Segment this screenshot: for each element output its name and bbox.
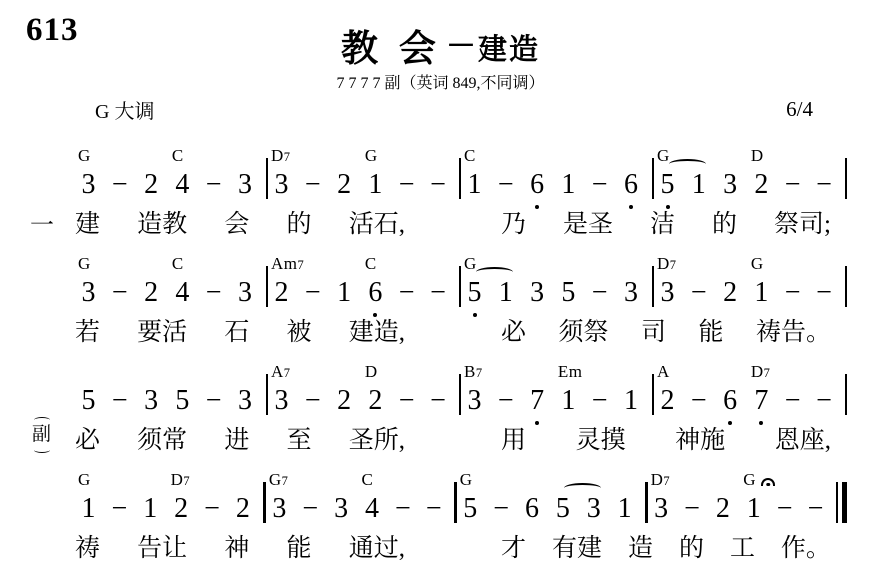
note-cell: G73 xyxy=(271,491,288,525)
measure: G1−1D72−2 xyxy=(75,491,263,525)
lyric-token: 通过, xyxy=(349,532,405,568)
chord-label: Am7 xyxy=(271,254,304,274)
note-cell: 6 xyxy=(524,491,541,525)
note-number: 1 xyxy=(561,169,575,201)
note-number: − xyxy=(305,169,321,201)
measure: A2−6D77−− xyxy=(654,383,845,417)
note-number: 1 xyxy=(143,493,157,525)
note-number: − xyxy=(430,385,446,417)
chord-label: G xyxy=(464,254,477,274)
note-number: − xyxy=(112,277,128,309)
lyric-token: 的 xyxy=(287,208,312,244)
lyric-phrase: 建造教会的活石, xyxy=(75,208,461,244)
note-cell: 5 xyxy=(174,383,191,417)
measure: C1−61−6 xyxy=(461,167,652,201)
note-number: 5 xyxy=(175,385,189,417)
note-number: 2 xyxy=(174,493,188,525)
notation-row: G1−1D72−2G73−3C4−−G5−6531D73−2G1−− xyxy=(0,467,881,525)
note-cell: 3 xyxy=(529,275,546,309)
note-cell: − xyxy=(429,167,446,201)
note-number: − xyxy=(399,277,415,309)
note-cell: − xyxy=(690,383,707,417)
note-cell: 1 xyxy=(622,383,639,417)
note-cell: 2 xyxy=(336,167,353,201)
chord-char: D xyxy=(171,470,184,489)
chord-char: G xyxy=(78,470,91,489)
note-number: 2 xyxy=(723,277,737,309)
note-number: 3 xyxy=(624,277,638,309)
measure: G513D2−− xyxy=(654,167,845,201)
note-number: − xyxy=(399,385,415,417)
chord-char: C xyxy=(464,146,476,165)
note-cell: − xyxy=(690,275,707,309)
chord-label: G xyxy=(78,146,91,166)
note-cell: 1 xyxy=(560,167,577,201)
note-number: − xyxy=(498,385,514,417)
note-cell: 5 xyxy=(80,383,97,417)
note-number: 6 xyxy=(624,169,638,201)
chord-char: G xyxy=(657,146,670,165)
final-barline xyxy=(836,482,847,523)
note-number: 5 xyxy=(463,493,477,525)
measure: Am72−1C6−− xyxy=(268,275,459,309)
chord-char: D xyxy=(651,470,664,489)
chord-label: G xyxy=(460,470,473,490)
lyric-token: 建 xyxy=(75,208,100,244)
note-number: 1 xyxy=(624,385,638,417)
chord-char: 7 xyxy=(298,258,305,272)
note-number: 2 xyxy=(368,385,382,417)
note-cell: D2 xyxy=(753,167,770,201)
note-number: 2 xyxy=(716,493,730,525)
note-number: 3 xyxy=(144,385,158,417)
notation-row: G3−2C4−3D73−2G1−−C1−61−6G513D2−− xyxy=(0,143,881,201)
chord-label: G7 xyxy=(269,470,289,490)
lyric-phrase: 必须常进至圣所, xyxy=(75,424,461,460)
note-cell: − xyxy=(497,383,514,417)
note-cell: 3 xyxy=(143,383,160,417)
chord-char: m xyxy=(569,362,583,381)
measure: 5−35−3 xyxy=(75,383,266,417)
note-cell: 3 xyxy=(236,167,253,201)
note-number: − xyxy=(816,277,832,309)
note-number: 3 xyxy=(82,277,96,309)
chord-char: 7 xyxy=(476,366,483,380)
note-cell: 3 xyxy=(585,491,602,525)
note-number: − xyxy=(785,277,801,309)
chord-char: G xyxy=(464,254,477,273)
chord-label: C xyxy=(464,146,476,166)
chord-label: G xyxy=(365,146,378,166)
note-number: 2 xyxy=(661,385,675,417)
note-cell: − xyxy=(304,383,321,417)
note-cell: − xyxy=(398,167,415,201)
lyric-token: 被 xyxy=(287,316,312,352)
note-cell: − xyxy=(204,491,221,525)
note-number: − xyxy=(684,493,700,525)
note-cell: Em1 xyxy=(560,383,577,417)
note-number: 3 xyxy=(587,493,601,525)
chord-char: D xyxy=(271,146,284,165)
lyrics-row: 若要活石被建造,必须祭司能祷告。 xyxy=(0,316,881,352)
note-cell: G3 xyxy=(80,167,97,201)
note-number: 6 xyxy=(368,277,382,309)
chord-char: G xyxy=(365,146,378,165)
note-cell: − xyxy=(111,275,128,309)
note-number: 3 xyxy=(275,169,289,201)
note-cell: − xyxy=(429,275,446,309)
barline xyxy=(845,158,848,199)
lyric-token: 会 xyxy=(224,208,249,244)
lyric-token: 才 xyxy=(501,532,526,568)
lyric-token: 乃 xyxy=(501,208,526,244)
note-cell: 3 xyxy=(622,275,639,309)
note-cell: G1 xyxy=(745,491,762,525)
lyric-token: 造教 xyxy=(137,208,187,244)
chord-label: A xyxy=(657,362,670,382)
note-number: − xyxy=(395,493,411,525)
note-cell: G5 xyxy=(659,167,676,201)
note-cell: − xyxy=(111,383,128,417)
chord-label: G xyxy=(657,146,670,166)
chord-label: Em xyxy=(558,362,583,382)
chord-char: A xyxy=(271,254,284,273)
measure: B73−7Em1−1 xyxy=(461,383,652,417)
note-cell: 2 xyxy=(714,491,731,525)
lyric-token: 的 xyxy=(712,208,737,244)
chord-char: D xyxy=(365,362,378,381)
note-cell: 6 xyxy=(622,167,639,201)
lyric-token: 须祭 xyxy=(558,316,608,352)
time-signature: 6/4 xyxy=(786,97,813,122)
note-number: − xyxy=(112,169,128,201)
music-system: G3−2C4−3D73−2G1−−C1−61−6G513D2−−一建造教会的活石… xyxy=(0,143,881,244)
chord-char: A xyxy=(657,362,670,381)
note-cell: − xyxy=(205,275,222,309)
measure: G5−6531 xyxy=(457,491,645,525)
chord-label: C xyxy=(365,254,377,274)
note-number: − xyxy=(808,493,824,525)
note-number: − xyxy=(592,169,608,201)
note-cell: 3 xyxy=(722,167,739,201)
chord-char: G xyxy=(460,470,473,489)
lyric-token: 灵摸 xyxy=(576,424,626,460)
note-number: 1 xyxy=(499,277,513,309)
note-number: 7 xyxy=(754,385,768,417)
note-number: − xyxy=(206,277,222,309)
note-number: 2 xyxy=(754,169,768,201)
chord-char: C xyxy=(172,146,184,165)
lyric-token: 祭司; xyxy=(774,208,831,244)
note-cell: − xyxy=(111,167,128,201)
note-cell: − xyxy=(205,383,222,417)
note-cell: 7 xyxy=(529,383,546,417)
lyric-token: 必 xyxy=(501,316,526,352)
note-number: − xyxy=(691,385,707,417)
note-number: − xyxy=(785,169,801,201)
note-cell: − xyxy=(398,275,415,309)
note-number: 1 xyxy=(754,277,768,309)
note-cell: C4 xyxy=(364,491,381,525)
note-cell: − xyxy=(304,275,321,309)
note-number: 3 xyxy=(530,277,544,309)
lyric-token: 至 xyxy=(287,424,312,460)
note-number: − xyxy=(592,277,608,309)
chord-char: 7 xyxy=(670,258,677,272)
chord-char: 7 xyxy=(764,366,771,380)
lyric-token: 活石, xyxy=(349,208,405,244)
title-main: 教 会 xyxy=(341,27,440,70)
note-cell: − xyxy=(497,167,514,201)
lyric-token: 圣所, xyxy=(349,424,405,460)
lyric-token: 告让 xyxy=(137,532,187,568)
note-cell: 2 xyxy=(143,275,160,309)
note-number: − xyxy=(204,493,220,525)
chord-char: C xyxy=(362,470,374,489)
verse-mark-refrain: 副 xyxy=(32,417,51,453)
note-cell: D73 xyxy=(273,167,290,201)
note-number: 5 xyxy=(556,493,570,525)
note-number: − xyxy=(493,493,509,525)
note-number: 1 xyxy=(337,277,351,309)
note-number: 2 xyxy=(337,385,351,417)
lyric-token: 石 xyxy=(224,316,249,352)
chord-label: G xyxy=(743,470,775,490)
note-number: 6 xyxy=(530,169,544,201)
chord-label: C xyxy=(172,254,184,274)
lyric-token: 工 xyxy=(730,532,755,568)
chord-label: G xyxy=(751,254,764,274)
note-cell: − xyxy=(111,491,128,525)
note-cell: − xyxy=(684,491,701,525)
chord-label: D7 xyxy=(751,362,771,382)
lyric-token: 的 xyxy=(679,532,704,568)
chord-char: D xyxy=(751,362,764,381)
lyric-token: 能 xyxy=(698,316,723,352)
note-number: − xyxy=(777,493,793,525)
note-number: 5 xyxy=(82,385,96,417)
music-system: 5−35−3A73−2D2−−B73−7Em1−1A2−6D77−−副必须常进至… xyxy=(0,359,881,460)
chord-char: B xyxy=(464,362,476,381)
lyric-token: 必 xyxy=(75,424,100,460)
lyric-token: 须常 xyxy=(137,424,187,460)
note-cell: D73 xyxy=(659,275,676,309)
note-number: 7 xyxy=(530,385,544,417)
note-cell: − xyxy=(394,491,411,525)
lyrics-row: 副必须常进至圣所,用灵摸神施恩座, xyxy=(0,424,881,460)
chord-label: D7 xyxy=(657,254,677,274)
chord-label: C xyxy=(362,470,374,490)
note-number: 4 xyxy=(365,493,379,525)
note-number: − xyxy=(305,385,321,417)
note-number: 2 xyxy=(275,277,289,309)
note-number: 3 xyxy=(272,493,286,525)
note-number: 3 xyxy=(238,169,252,201)
barline xyxy=(845,266,848,307)
note-number: − xyxy=(305,277,321,309)
lyric-token: 是圣 xyxy=(563,208,613,244)
note-cell: D77 xyxy=(753,383,770,417)
note-cell: Am72 xyxy=(273,275,290,309)
bracket-top-icon xyxy=(34,417,50,423)
note-cell: 2 xyxy=(336,383,353,417)
chord-char: 7 xyxy=(284,366,291,380)
lyric-token: 祷告。 xyxy=(756,316,831,352)
hymn-title: 教 会－建造 xyxy=(0,8,881,58)
chord-label: B7 xyxy=(464,362,483,382)
lyric-token: 造 xyxy=(628,532,653,568)
lyric-phrase: 必须祭司能祷告。 xyxy=(461,316,853,352)
note-cell: − xyxy=(776,491,793,525)
notation-row: G3−2C4−3Am72−1C6−−G5135−3D73−2G1−− xyxy=(0,251,881,309)
chord-char: C xyxy=(172,254,184,273)
note-cell: 2 xyxy=(722,275,739,309)
note-number: 3 xyxy=(654,493,668,525)
note-number: 2 xyxy=(144,277,158,309)
note-number: − xyxy=(111,493,127,525)
note-number: 5 xyxy=(661,169,675,201)
chord-char: E xyxy=(558,362,569,381)
lyric-token: 进 xyxy=(224,424,249,460)
lyric-token: 作。 xyxy=(781,532,831,568)
measure: G3−2C4−3 xyxy=(75,275,266,309)
music-system: G1−1D72−2G73−3C4−−G5−6531D73−2G1−−祷告让神能通… xyxy=(0,467,881,568)
lyric-phrase: 若要活石被建造, xyxy=(75,316,461,352)
note-number: − xyxy=(498,169,514,201)
note-number: 3 xyxy=(238,385,252,417)
lyric-token: 祷 xyxy=(75,532,100,568)
note-cell: − xyxy=(784,167,801,201)
chord-label: A7 xyxy=(271,362,291,382)
note-cell: − xyxy=(815,383,832,417)
chord-char: 7 xyxy=(183,474,190,488)
note-number: 5 xyxy=(468,277,482,309)
chord-label: G xyxy=(78,254,91,274)
note-number: 6 xyxy=(723,385,737,417)
note-cell: − xyxy=(815,275,832,309)
lyrics-row: 祷告让神能通过,才有建造的工作。 xyxy=(0,532,881,568)
note-cell: G5 xyxy=(466,275,483,309)
note-number: − xyxy=(206,169,222,201)
chord-char: G xyxy=(751,254,764,273)
note-cell: G1 xyxy=(80,491,97,525)
chord-char: C xyxy=(365,254,377,273)
note-number: 2 xyxy=(144,169,158,201)
lyric-token: 恩座, xyxy=(775,424,831,460)
note-cell: − xyxy=(815,167,832,201)
music-systems: G3−2C4−3D73−2G1−−C1−61−6G513D2−−一建造教会的活石… xyxy=(0,143,881,568)
chord-char: 7 xyxy=(284,150,291,164)
note-cell: 1 xyxy=(336,275,353,309)
note-cell: C4 xyxy=(174,167,191,201)
lyric-phrase: 用灵摸神施恩座, xyxy=(461,424,853,460)
measure: G73−3C4−− xyxy=(266,491,454,525)
lyric-phrase: 才有建造的工作。 xyxy=(461,532,853,568)
note-cell: 6 xyxy=(529,167,546,201)
note-cell: − xyxy=(591,383,608,417)
note-cell: 2 xyxy=(234,491,251,525)
note-number: 2 xyxy=(236,493,250,525)
fermata-icon xyxy=(761,478,775,486)
note-number: 3 xyxy=(468,385,482,417)
note-number: 5 xyxy=(561,277,575,309)
measure: A73−2D2−− xyxy=(268,383,459,417)
note-number: 6 xyxy=(525,493,539,525)
hymn-number: 613 xyxy=(26,12,79,49)
chord-char: A xyxy=(271,362,284,381)
note-cell: − xyxy=(807,491,824,525)
measure: D73−2G1−− xyxy=(648,491,836,525)
note-number: − xyxy=(816,169,832,201)
chord-label: D7 xyxy=(171,470,191,490)
chord-char: D xyxy=(751,146,764,165)
note-cell: − xyxy=(304,167,321,201)
note-cell: D72 xyxy=(173,491,190,525)
measure: G3−2C4−3 xyxy=(75,167,266,201)
chord-label: D7 xyxy=(651,470,671,490)
note-cell: G5 xyxy=(462,491,479,525)
verse-mark-text: 副 xyxy=(32,424,51,446)
chord-char: 7 xyxy=(663,474,670,488)
chord-label: C xyxy=(172,146,184,166)
note-cell: 5 xyxy=(560,275,577,309)
note-cell: C4 xyxy=(174,275,191,309)
note-cell: − xyxy=(302,491,319,525)
chord-label: G xyxy=(78,470,91,490)
note-number: 1 xyxy=(747,493,761,525)
note-number: 4 xyxy=(175,277,189,309)
note-cell: − xyxy=(493,491,510,525)
note-number: − xyxy=(592,385,608,417)
verse-mark: 一 xyxy=(30,210,54,243)
note-cell: A2 xyxy=(659,383,676,417)
lyric-phrase: 乃是圣洁的祭司; xyxy=(461,208,853,244)
note-cell: 1 xyxy=(616,491,633,525)
barline xyxy=(845,374,848,415)
note-number: 1 xyxy=(561,385,575,417)
note-cell: − xyxy=(784,383,801,417)
chord-char: G xyxy=(78,146,91,165)
note-number: 1 xyxy=(692,169,706,201)
lyric-token: 要活 xyxy=(137,316,187,352)
note-cell: 1 xyxy=(690,167,707,201)
lyric-phrase: 祷告让神能通过, xyxy=(75,532,461,568)
meter-info: 7 7 7 7 副（英词 849,不同调） xyxy=(0,70,881,90)
note-cell: − xyxy=(591,275,608,309)
chord-char: D xyxy=(657,254,670,273)
note-cell: D73 xyxy=(653,491,670,525)
note-number: 1 xyxy=(368,169,382,201)
note-cell: − xyxy=(429,383,446,417)
note-number: 4 xyxy=(175,169,189,201)
lyric-token: 建造, xyxy=(349,316,405,352)
note-cell: − xyxy=(425,491,442,525)
lyric-token: 神施 xyxy=(675,424,725,460)
key-row: G 大调 6/4 xyxy=(0,95,881,121)
note-number: 1 xyxy=(468,169,482,201)
note-number: 3 xyxy=(238,277,252,309)
note-number: − xyxy=(816,385,832,417)
note-cell: 1 xyxy=(142,491,159,525)
chord-label: D7 xyxy=(271,146,291,166)
lyric-token: 用 xyxy=(501,424,526,460)
bracket-bottom-icon xyxy=(34,447,50,453)
chord-char: 7 xyxy=(282,474,289,488)
chord-char: G xyxy=(743,470,756,489)
note-number: 3 xyxy=(723,169,737,201)
note-number: 2 xyxy=(337,169,351,201)
title-separator: － xyxy=(446,30,476,63)
